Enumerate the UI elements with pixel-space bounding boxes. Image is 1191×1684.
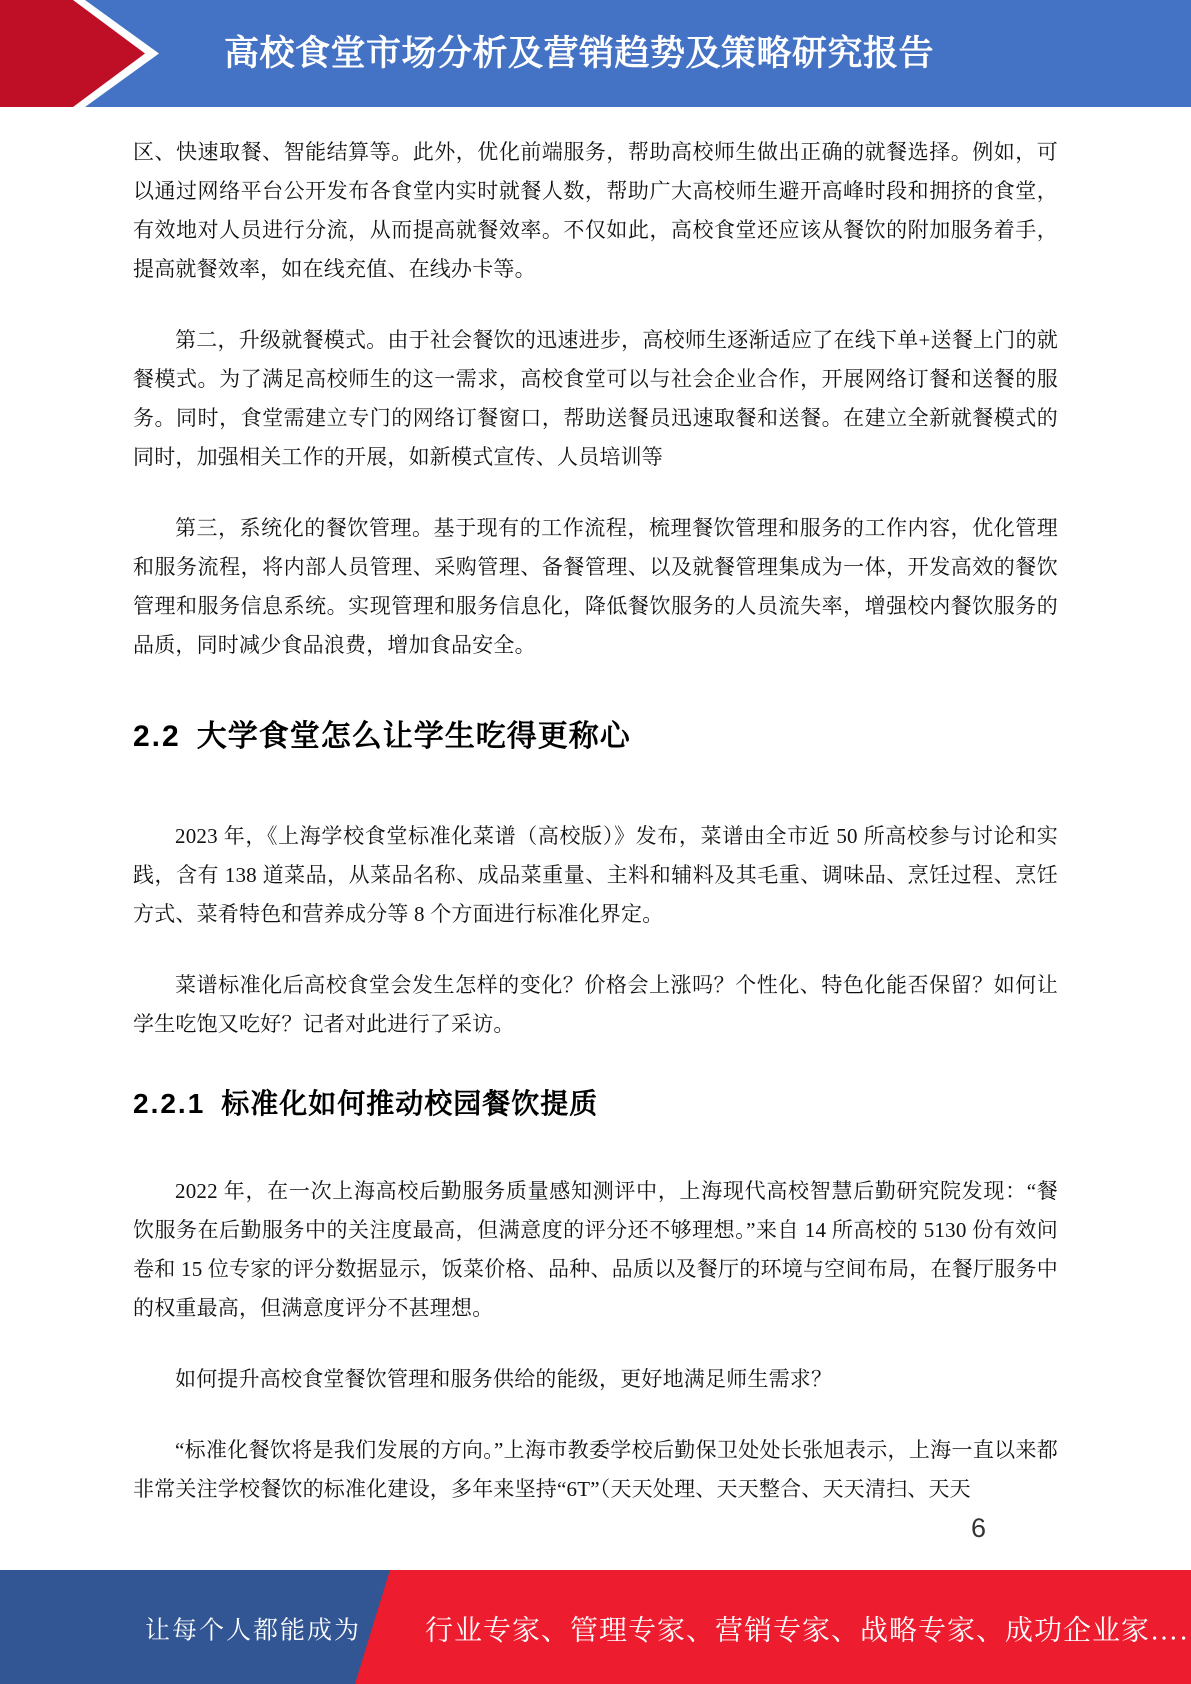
page-number: 6 — [133, 1513, 1058, 1544]
page-body: 区、快速取餐、智能结算等。此外，优化前端服务，帮助高校师生做出正确的就餐选择。例… — [0, 107, 1191, 1544]
footer-slogan-right: 行业专家、管理专家、营销专家、战略专家、成功企业家…… — [425, 1609, 1191, 1649]
paragraph-quote-zhangxu: “标准化餐饮将是我们发展的方向。”上海市教委学校后勤保卫处处长张旭表示，上海一直… — [133, 1431, 1058, 1509]
paragraph-question-how: 如何提升高校食堂餐饮管理和服务供给的能级，更好地满足师生需求？ — [133, 1360, 1058, 1399]
report-page: 高校食堂市场分析及营销趋势及策略研究报告 区、快速取餐、智能结算等。此外，优化前… — [0, 0, 1191, 1684]
paragraph-continuation: 区、快速取餐、智能结算等。此外，优化前端服务，帮助高校师生做出正确的就餐选择。例… — [133, 133, 1058, 289]
footer-slogan-left: 让每个人都能成为 — [145, 1610, 361, 1646]
paragraph-third-point: 第三，系统化的餐饮管理。基于现有的工作流程，梳理餐饮管理和服务的工作内容，优化管… — [133, 509, 1058, 665]
paragraph-menu-standard: 2023 年，《上海学校食堂标准化菜谱（高校版）》发布，菜谱由全市近 50 所高… — [133, 817, 1058, 934]
paragraph-survey: 2022 年，在一次上海高校后勤服务质量感知测评中，上海现代高校智慧后勤研究院发… — [133, 1172, 1058, 1328]
section-heading-2-2: 2.2大学食堂怎么让学生吃得更称心 — [133, 715, 1058, 759]
section-number: 2.2 — [133, 720, 181, 753]
report-title: 高校食堂市场分析及营销趋势及策略研究报告 — [224, 0, 934, 107]
section-number: 2.2.1 — [133, 1088, 205, 1119]
page-footer: 让每个人都能成为 行业专家、管理专家、营销专家、战略专家、成功企业家…… — [0, 1570, 1191, 1684]
page-header: 高校食堂市场分析及营销趋势及策略研究报告 — [0, 0, 1191, 107]
section-title: 标准化如何推动校园餐饮提质 — [221, 1088, 598, 1119]
paragraph-questions: 菜谱标准化后高校食堂会发生怎样的变化？价格会上涨吗？个性化、特色化能否保留？如何… — [133, 966, 1058, 1044]
section-heading-2-2-1: 2.2.1标准化如何推动校园餐饮提质 — [133, 1084, 1058, 1124]
chevron-icon — [0, 0, 170, 107]
section-title: 大学食堂怎么让学生吃得更称心 — [197, 720, 631, 753]
paragraph-second-point: 第二，升级就餐模式。由于社会餐饮的迅速进步，高校师生逐渐适应了在线下单+送餐上门… — [133, 321, 1058, 477]
